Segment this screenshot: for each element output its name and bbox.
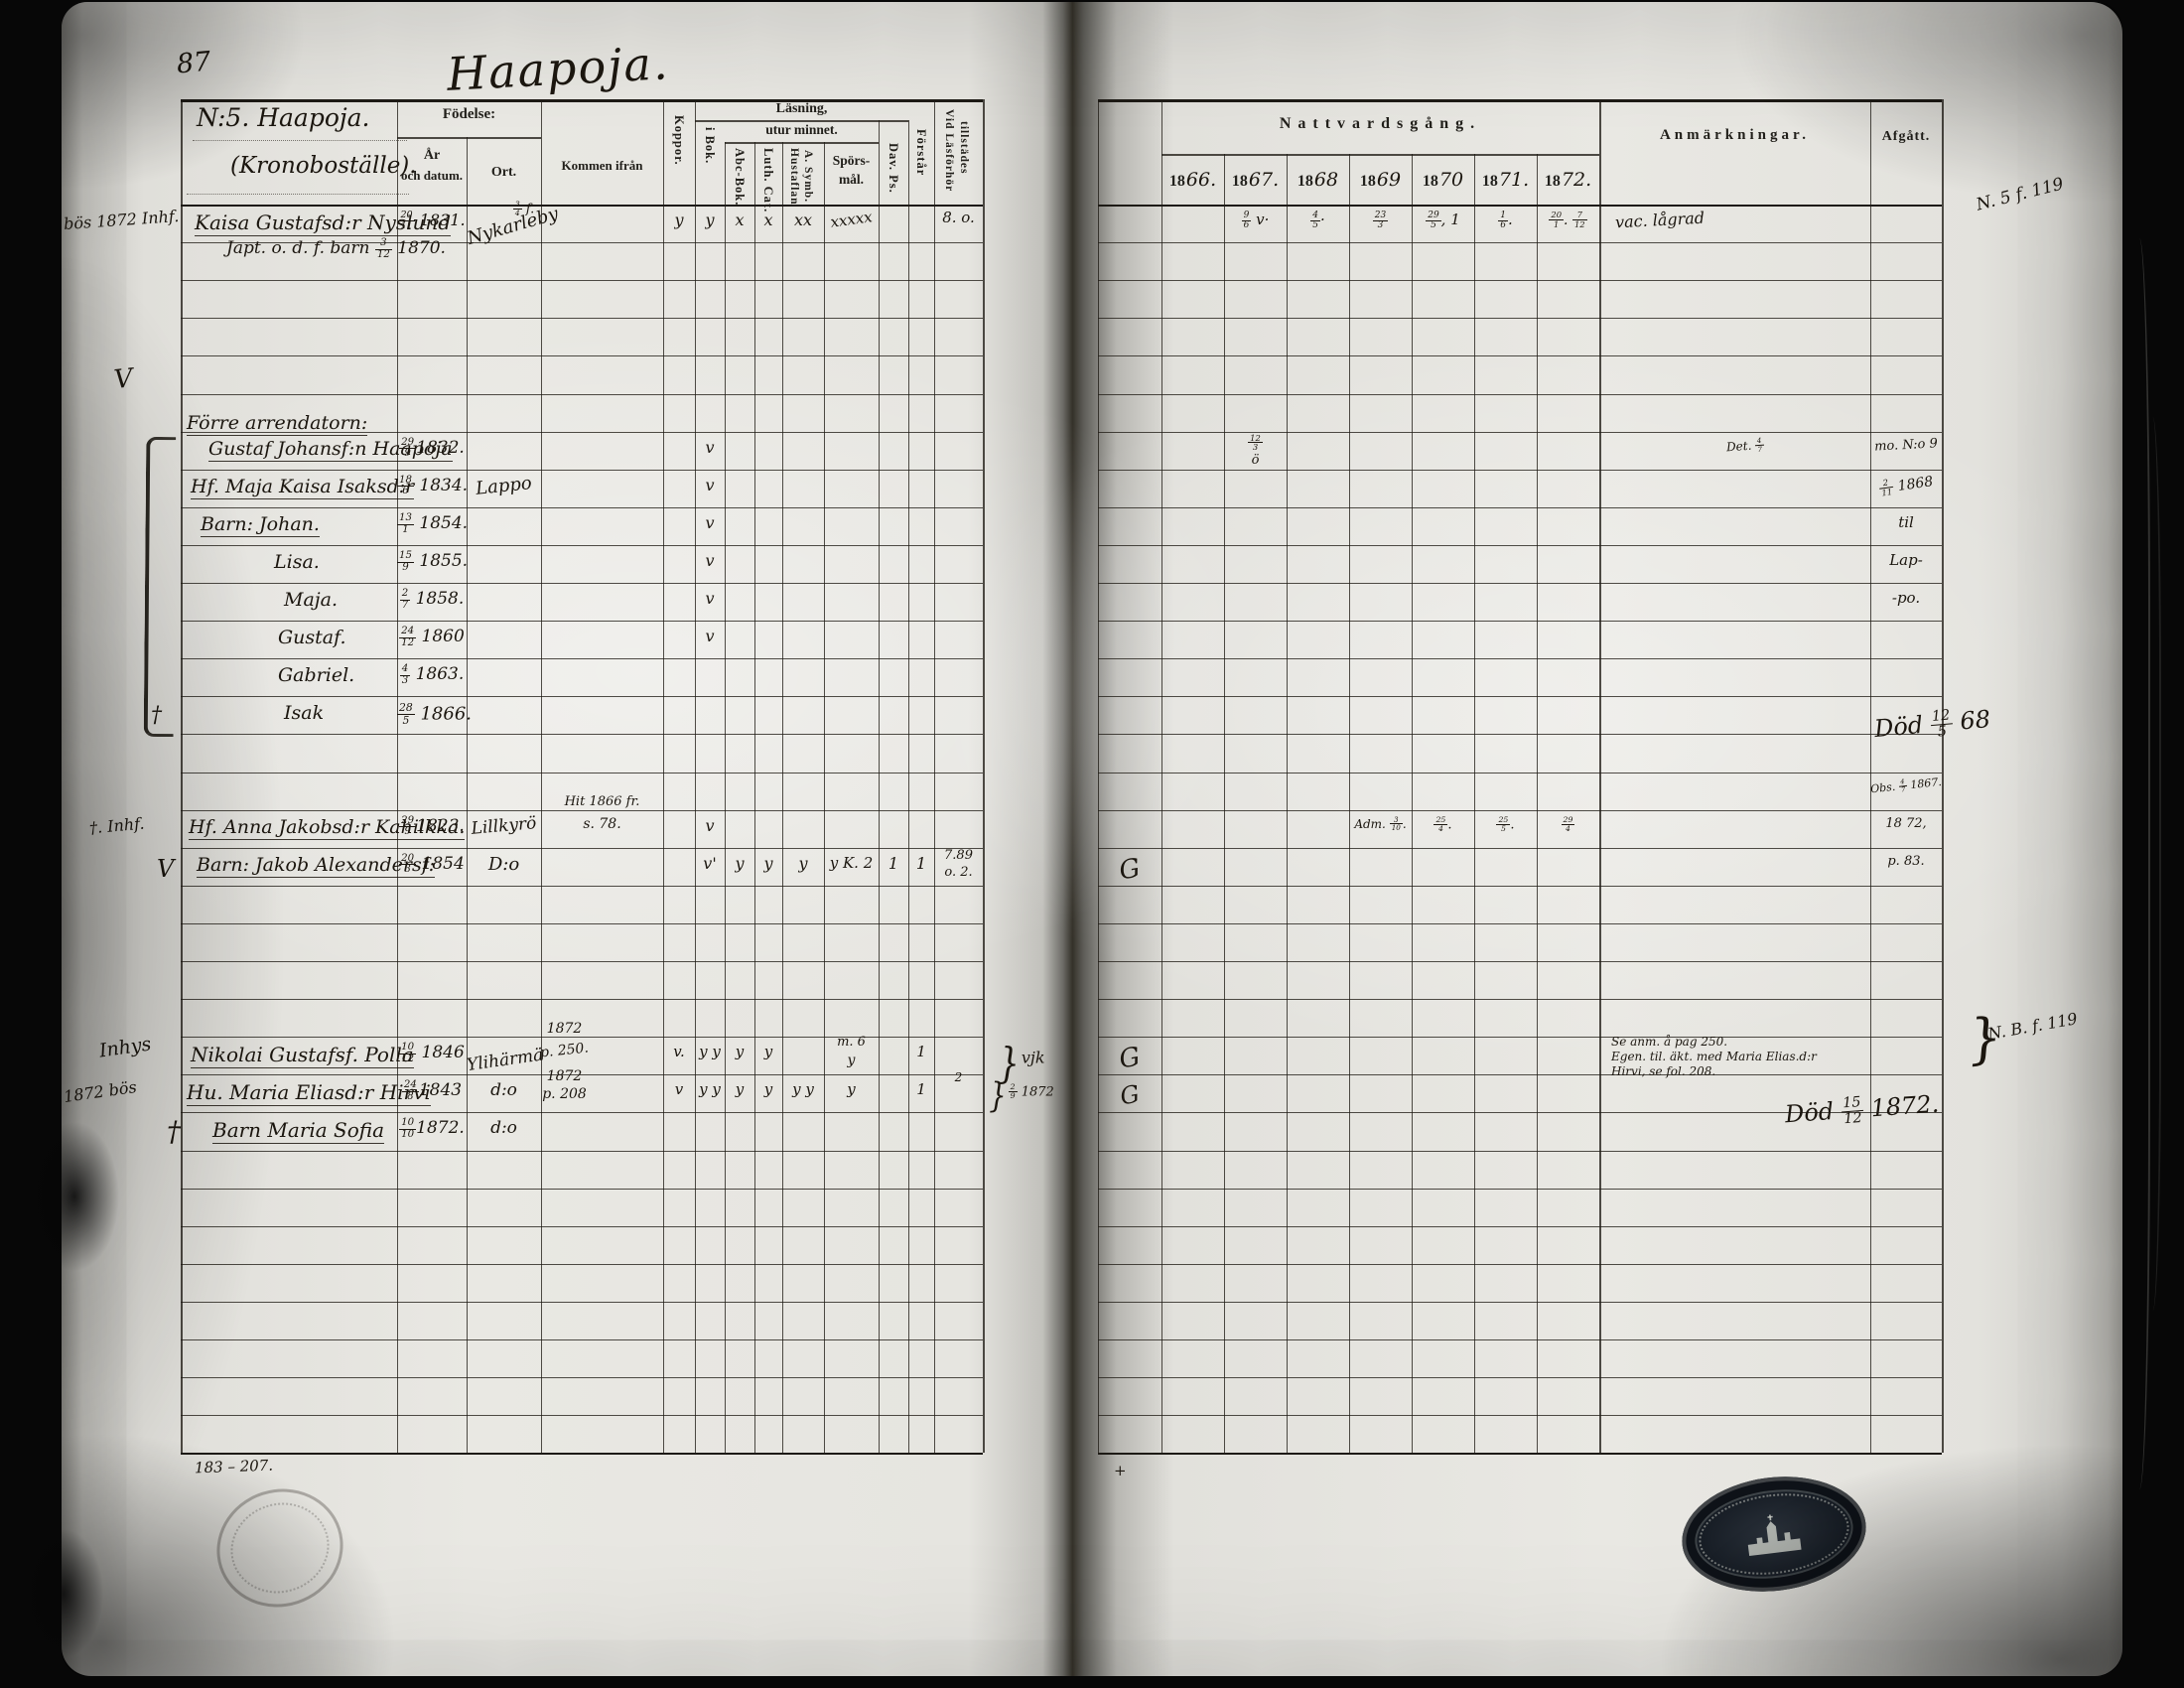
- hw-ng1867: 96 v·: [1224, 211, 1287, 231]
- rule-horizontal: [1098, 1264, 1942, 1265]
- hw-ng1867: ö: [1224, 453, 1287, 469]
- rule-vertical: [1474, 154, 1475, 1453]
- hw-ngm: G: [1096, 1075, 1163, 1116]
- hw-spors: xxxxx: [823, 207, 880, 232]
- hw-spors: y K. 2: [824, 854, 879, 873]
- hw-afgatt: 211 1868: [1869, 471, 1943, 499]
- hw-hust: y y: [782, 1080, 824, 1099]
- hw-abc: x: [725, 211, 754, 230]
- rule-vertical: [695, 99, 696, 1453]
- hw-ar: 2412 1860: [397, 627, 467, 648]
- rule-horizontal: [181, 394, 983, 395]
- hw-abc: y: [725, 854, 754, 874]
- rule-vertical: [663, 99, 664, 1453]
- col-header-hustaflan: Hustaflan: [788, 148, 800, 206]
- year-written: 70: [1439, 169, 1463, 191]
- rule-horizontal: [1098, 734, 1942, 735]
- hw-hust: y: [782, 854, 824, 874]
- hw-mleft: 1872 bös: [63, 1077, 138, 1107]
- year-written: 71.: [1499, 169, 1529, 191]
- rule-vertical: [467, 137, 468, 1453]
- hw-luth: y: [754, 854, 782, 874]
- rule-horizontal: [181, 999, 983, 1000]
- rule-horizontal: [181, 1226, 983, 1227]
- hw-koppor: v.: [663, 1043, 695, 1061]
- rule-vertical: [1412, 154, 1413, 1453]
- hw-name: Förre arrendatorn:: [187, 412, 367, 436]
- rule-horizontal: [181, 961, 983, 962]
- rule-horizontal: [181, 205, 983, 207]
- hw-free: V: [112, 362, 134, 396]
- group-header-utur-minnet: utur minnet.: [725, 123, 879, 138]
- rule-horizontal: [181, 280, 983, 281]
- col-header-afgatt: Afgått.: [1870, 129, 1942, 144]
- hw-spors: y: [824, 1080, 879, 1099]
- rule-horizontal: [1098, 961, 1942, 962]
- col-header-a-symb: A. Symb.: [802, 150, 814, 203]
- rule-vertical: [1161, 99, 1162, 1453]
- rule-horizontal: [181, 1302, 983, 1303]
- col-header-ort: Ort.: [467, 165, 541, 180]
- col-header-fodelse: Födelse:: [397, 106, 541, 123]
- hw-ar: 10101872.: [397, 1118, 467, 1140]
- rule-horizontal: [1098, 848, 1942, 849]
- year-written: 68: [1314, 169, 1338, 191]
- hw-ar: 2991832.: [397, 438, 467, 460]
- rule-vertical: [1349, 154, 1350, 1453]
- family-bracket-mark: [144, 437, 177, 737]
- rule-horizontal: [1161, 154, 1599, 156]
- rule-horizontal: [1098, 318, 1942, 319]
- rule-horizontal: [181, 773, 983, 774]
- rule-horizontal: [725, 142, 879, 144]
- year-printed: 18: [1232, 173, 1248, 190]
- rule-horizontal: [181, 507, 983, 508]
- year-header: 1867.: [1224, 169, 1287, 191]
- rule-vertical: [879, 120, 880, 1453]
- hw-free: }: [1965, 1003, 2005, 1073]
- rule-horizontal: [181, 99, 983, 102]
- rule-horizontal: [181, 355, 983, 356]
- rule-horizontal: [181, 1264, 983, 1265]
- year-written: 69: [1377, 169, 1401, 191]
- hw-mleft: †. Inhf.: [88, 813, 145, 838]
- rule-horizontal: [1098, 621, 1942, 622]
- hw-ibok: v: [695, 551, 725, 571]
- hw-spors: m. 6: [824, 1035, 879, 1051]
- hw-ng1869: Adm. 310.: [1349, 816, 1412, 832]
- hw-ibok: v: [695, 589, 725, 609]
- year-header: 1872.: [1537, 169, 1599, 191]
- hw-ng1867: 123: [1224, 434, 1287, 453]
- rule-horizontal: [397, 137, 541, 139]
- hw-mleft: Inhys: [98, 1034, 153, 1064]
- rule-horizontal: [181, 470, 983, 471]
- page-number: 87: [176, 47, 212, 81]
- rule-vertical: [1942, 99, 1944, 1453]
- col-header-koppor: Koppor.: [671, 115, 686, 166]
- hw-koppor: y: [663, 211, 695, 230]
- year-printed: 18: [1423, 173, 1438, 190]
- rule-horizontal: [181, 658, 983, 659]
- year-printed: 18: [1169, 173, 1185, 190]
- hw-ar: 43 1863.: [397, 664, 467, 686]
- hw-ibok: v': [695, 854, 725, 874]
- hw-forstar: 1: [908, 1043, 934, 1061]
- rule-vertical: [1287, 154, 1288, 1453]
- group-header-nattvardsgang: Nattvardsgång.: [1161, 115, 1599, 133]
- hw-koppor: v: [663, 1080, 695, 1099]
- ledger-spread: 87 Haapoja. N:5. Haapoja. (Kronoboställe…: [0, 0, 2184, 1688]
- rule-horizontal: [1098, 470, 1942, 471]
- hw-dav: 1: [879, 854, 908, 874]
- rule-horizontal: [1098, 394, 1942, 395]
- hw-name: Hu. Maria Eliasd:r Hirvi: [187, 1080, 431, 1105]
- year-header: 1871.: [1474, 169, 1537, 191]
- year-printed: 18: [1297, 173, 1313, 190]
- rule-horizontal: [1098, 432, 1942, 433]
- hw-ng1872: 294: [1537, 816, 1599, 834]
- rule-horizontal: [1098, 773, 1942, 774]
- rule-vertical: [725, 142, 726, 1453]
- hw-ar: 203 1854: [397, 854, 467, 876]
- hw-kommen: Hit 1866 fr.: [541, 794, 663, 810]
- rule-vertical: [397, 99, 398, 1453]
- col-header-luth-cat: Luth. Cat.: [760, 148, 775, 212]
- rule-vertical: [1870, 99, 1871, 1453]
- rule-horizontal: [181, 545, 983, 546]
- rule-horizontal: [181, 621, 983, 622]
- col-header-tillstades: tillstädes: [958, 121, 970, 174]
- rule-horizontal: [1098, 696, 1942, 697]
- hw-ar: 2481843: [397, 1080, 467, 1102]
- hw-vidlasf: 7.89: [934, 848, 983, 864]
- hw-ng1872: 201. 712: [1537, 211, 1599, 229]
- rule-horizontal: [1098, 658, 1942, 659]
- hw-ibok: y: [695, 211, 725, 230]
- hw-hust: xx: [782, 211, 824, 230]
- rule-horizontal: [1098, 999, 1942, 1000]
- rule-horizontal: [1098, 810, 1942, 811]
- hw-ng1871: 16.: [1474, 211, 1537, 231]
- year-header: 1868: [1287, 169, 1349, 191]
- rule-horizontal: [1098, 1302, 1942, 1303]
- hw-ng1871: 255.: [1474, 816, 1537, 834]
- hw-ar: 186 1834.: [397, 476, 467, 497]
- page-title: Haapoja.: [446, 36, 671, 102]
- rule-vertical: [541, 99, 542, 1453]
- rule-horizontal: [181, 1151, 983, 1152]
- hw-mleft: †: [167, 1114, 181, 1149]
- rule-horizontal: [181, 886, 983, 887]
- hw-afgatt: Lap-: [1870, 551, 1942, 570]
- unit-number: N:5. Haapoja.: [197, 103, 369, 133]
- rule-vertical: [824, 142, 825, 1453]
- stamp-church-icon: [1739, 1509, 1810, 1559]
- scanned-book-spread: { "page": { "number": "87", "title": "Ha…: [0, 0, 2184, 1688]
- rule-dotted: [193, 140, 407, 141]
- rule-vertical: [908, 120, 909, 1453]
- rule-horizontal: [181, 1453, 983, 1455]
- hw-vidlasf: o. 2.: [934, 865, 983, 881]
- year-header: 1869: [1349, 169, 1412, 191]
- hw-free: +: [1114, 1462, 1127, 1480]
- hw-ibok: v: [695, 438, 725, 458]
- hw-anm: Det. 47: [1725, 436, 1764, 455]
- hw-forstar: 1: [908, 854, 934, 874]
- hw-luth: y: [754, 1043, 782, 1061]
- hw-ng1869: 233: [1349, 211, 1412, 231]
- year-printed: 18: [1482, 173, 1498, 190]
- rule-horizontal: [1098, 280, 1942, 281]
- rule-horizontal: [1098, 205, 1942, 207]
- hw-ibok: v: [695, 476, 725, 495]
- hw-ibok: v: [695, 627, 725, 646]
- col-header-kommen-ifran: Kommen ifrån: [541, 159, 663, 173]
- rule-horizontal: [1098, 1339, 1942, 1340]
- hw-ibok: v: [695, 513, 725, 533]
- hw-name: Gustaf.: [278, 627, 346, 650]
- col-header-sporsmal-1: Spörs-: [824, 154, 879, 169]
- rule-horizontal: [1098, 545, 1942, 546]
- rule-horizontal: [1098, 1226, 1942, 1227]
- year-printed: 18: [1360, 173, 1376, 190]
- col-header-sporsmal-2: mål.: [824, 173, 879, 188]
- hw-ng1868: 45·: [1287, 211, 1349, 231]
- rule-horizontal: [181, 1112, 983, 1113]
- hw-abc: y: [725, 1080, 754, 1099]
- hw-name: Gabriel.: [278, 664, 354, 688]
- rule-vertical: [934, 99, 935, 1453]
- hw-ibok: v: [695, 816, 725, 836]
- hw-vidlasf: 2: [934, 1070, 983, 1085]
- rule-horizontal: [181, 696, 983, 697]
- unit-type: (Kronoboställe).: [230, 153, 417, 181]
- hw-kommen: s. 78.: [541, 816, 663, 834]
- rule-horizontal: [1098, 886, 1942, 887]
- hw-ort: Lillkyrö: [466, 812, 542, 840]
- hw-ar: 2991823.: [397, 816, 467, 838]
- rule-horizontal: [181, 318, 983, 319]
- hw-luth: x: [754, 211, 782, 230]
- hw-name: Maja.: [284, 589, 338, 613]
- rule-vertical: [983, 99, 985, 1453]
- rule-horizontal: [181, 734, 983, 735]
- hw-name: Barn Maria Sofia: [212, 1118, 384, 1143]
- rule-horizontal: [695, 120, 908, 122]
- hw-ar: 159 1855.: [397, 551, 467, 573]
- rule-horizontal: [1098, 99, 1942, 102]
- hw-afterL: }29 1872: [985, 1080, 1058, 1114]
- hw-ar: 27 1858.: [397, 589, 467, 611]
- rule-horizontal: [181, 848, 983, 849]
- hw-ng1870: 295, 1: [1412, 211, 1474, 231]
- hw-ort: D:o: [467, 854, 541, 877]
- hw-afgatt: Obs. 47 1867.: [1869, 774, 1942, 796]
- hw-afgatt: p. 83.: [1870, 854, 1942, 870]
- rule-horizontal: [1098, 583, 1942, 584]
- hw-kommen: 1872: [503, 1021, 625, 1039]
- rule-vertical: [1098, 99, 1099, 1453]
- rule-horizontal: [1098, 1189, 1942, 1190]
- hw-anm: vac. lågrad: [1615, 209, 1706, 233]
- year-printed: 18: [1545, 173, 1561, 190]
- year-written: 66.: [1186, 169, 1216, 191]
- rule-horizontal: [1098, 923, 1942, 924]
- hw-mleft: bös 1872 Inhf.: [63, 207, 179, 234]
- hw-ibok: y y: [695, 1043, 725, 1061]
- hw-name: Lisa.: [274, 551, 320, 575]
- col-header-anmarkningar: Anmärkningar.: [1599, 127, 1870, 144]
- hw-spors: y: [824, 1053, 879, 1070]
- hw-vidlasf: 8. o.: [934, 209, 983, 227]
- rule-horizontal: [1098, 1151, 1942, 1152]
- hw-ar: 2011 1831.: [397, 211, 467, 231]
- hw-free: 183 – 207.: [195, 1457, 274, 1477]
- hw-free: Död 125 68: [1873, 704, 1992, 746]
- rule-horizontal: [181, 1377, 983, 1378]
- hw-ar: 285 1866.: [397, 702, 467, 726]
- rule-vertical: [782, 142, 783, 1453]
- year-written: 67.: [1249, 169, 1279, 191]
- hw-name: Nikolai Gustafsf. Polla: [191, 1043, 414, 1067]
- hw-luth: y: [754, 1080, 782, 1099]
- rule-vertical: [1537, 154, 1538, 1453]
- hw-free: N. 5 f. 119: [1975, 174, 2066, 215]
- rule-vertical: [1599, 99, 1601, 1453]
- rule-horizontal: [181, 1339, 983, 1340]
- hw-afgatt: til: [1870, 513, 1942, 532]
- col-header-vid-lasforhor: Vid Läsförhör: [943, 109, 955, 192]
- hw-kommen: 1872: [503, 1068, 625, 1086]
- rule-horizontal: [181, 923, 983, 924]
- hw-name: Hf. Maja Kaisa Isaksd:r: [191, 476, 414, 499]
- hw-kommen: p. 250.: [502, 1037, 625, 1066]
- rule-vertical: [1224, 154, 1225, 1453]
- hw-anm: Se anm. å pag 250.Egen. til. äkt. med Ma…: [1611, 1035, 1817, 1079]
- hw-afgatt: mo. N:o 9: [1870, 436, 1943, 456]
- page-stack-edge: [2147, 417, 2161, 1311]
- hw-ibok: y y: [695, 1080, 725, 1099]
- col-header-abc-bok: Abc-Bok.: [732, 148, 747, 206]
- hw-afgatt: 18 72,: [1870, 816, 1942, 832]
- rule-horizontal: [1098, 242, 1942, 243]
- rule-vertical: [181, 99, 183, 1453]
- rule-dotted: [187, 194, 409, 195]
- hw-forstar: 1: [908, 1080, 934, 1099]
- rule-horizontal: [1098, 1415, 1942, 1416]
- hw-name: Isak: [284, 702, 324, 726]
- col-header-ar: År: [397, 148, 467, 163]
- hw-ar: 131 1854.: [397, 513, 467, 535]
- col-header-i-bok: i Bok.: [702, 127, 717, 164]
- hw-kommen: p. 208: [503, 1086, 625, 1104]
- hw-afgatt: -po.: [1870, 589, 1942, 608]
- hw-ar: 1012 1846: [397, 1043, 467, 1064]
- rule-horizontal: [181, 1189, 983, 1190]
- rule-horizontal: [181, 1415, 983, 1416]
- hw-name: Japt. o. d. f. barn 312 1870.: [226, 238, 446, 260]
- rule-horizontal: [1098, 507, 1942, 508]
- hw-ort: d:o: [467, 1118, 541, 1139]
- hw-ort: Lappo: [466, 472, 542, 501]
- group-header-lasning: Läsning,: [695, 101, 908, 116]
- year-header: 1866.: [1161, 169, 1224, 191]
- rule-horizontal: [1098, 1453, 1942, 1455]
- hw-ng1870: 254.: [1412, 816, 1474, 834]
- col-header-dav-ps: Dav. Ps.: [886, 143, 900, 194]
- col-header-forstar: Förstår: [913, 129, 928, 176]
- hw-abc: y: [725, 1043, 754, 1061]
- hw-name: Barn: Johan.: [201, 513, 320, 537]
- year-written: 72.: [1562, 169, 1591, 191]
- rule-horizontal: [1098, 355, 1942, 356]
- year-header: 1870: [1412, 169, 1474, 191]
- rule-horizontal: [1098, 1377, 1942, 1378]
- col-header-och-datum: och datum.: [397, 169, 467, 183]
- hw-mleft: †: [151, 702, 162, 730]
- rule-vertical: [754, 142, 755, 1453]
- rule-horizontal: [181, 583, 983, 584]
- hw-free: Död 1512 1872.: [1784, 1089, 1940, 1132]
- hw-mleft: V: [157, 854, 174, 884]
